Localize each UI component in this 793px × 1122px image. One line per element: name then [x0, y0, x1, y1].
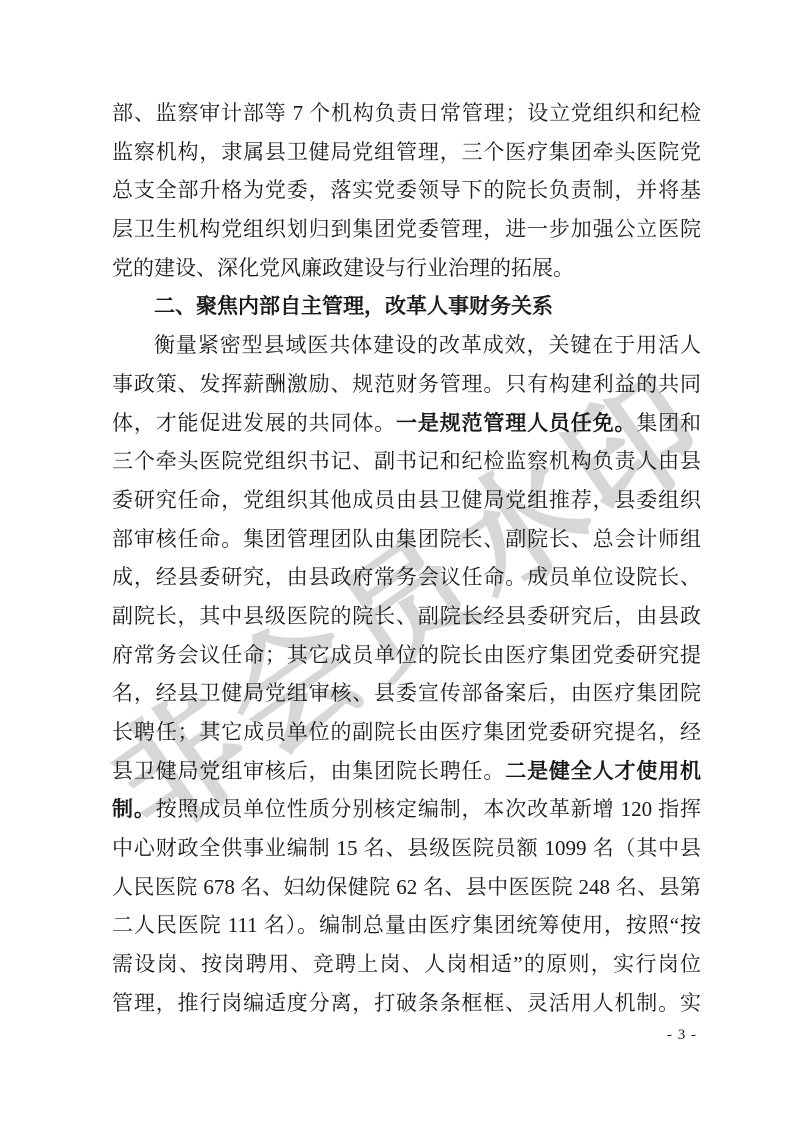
- text-run: 总支全部升格为党委，落实党委领导下的院长负责制，并将基: [112, 178, 701, 202]
- text-run: 名，经县卫健局党组审核、县委宣传部备案后，由医疗集团院: [112, 681, 701, 705]
- text-line: 事政策、发挥薪酬激励、规范财务管理。只有构建利益的共同: [112, 365, 701, 404]
- text-line: 层卫生机构党组织划归到集团党委管理，进一步加强公立医院: [112, 210, 701, 249]
- text-run: 事政策、发挥薪酬激励、规范财务管理。只有构建利益的共同: [112, 372, 701, 396]
- text-run: 按照成员单位性质分别核定编制，本次改革新增 120 指挥: [156, 797, 701, 821]
- document-content: 部、监察审计部等 7 个机构负责日常管理；设立党组织和纪检监察机构，隶属县卫健局…: [112, 94, 701, 1023]
- bold-text-run: 制。: [112, 797, 156, 821]
- document-page: 非会员水印 部、监察审计部等 7 个机构负责日常管理；设立党组织和纪检监察机构，…: [0, 0, 793, 1122]
- text-line: 中心财政全供事业编制 15 名、县级医院员额 1099 名（其中县: [112, 829, 701, 868]
- text-line: 党的建设、深化党风廉政建设与行业治理的拓展。: [112, 249, 701, 288]
- text-run: 委研究任命，党组织其他成员由县卫健局党组推荐，县委组织: [112, 488, 701, 512]
- text-line: 需设岗、按岗聘用、竞聘上岗、人岗相适”的原则，实行岗位: [112, 945, 701, 984]
- text-run: 中心财政全供事业编制 15 名、县级医院员额 1099 名（其中县: [112, 836, 701, 860]
- text-run: 三个牵头医院党组织书记、副书记和纪检监察机构负责人由县: [112, 449, 701, 473]
- text-run: 人民医院 678 名、妇幼保健院 62 名、县中医医院 248 名、县第: [112, 875, 701, 899]
- text-line: 部、监察审计部等 7 个机构负责日常管理；设立党组织和纪检: [112, 94, 701, 133]
- text-line: 县卫健局党组审核后，由集团院长聘任。二是健全人才使用机: [112, 752, 701, 791]
- text-run: 党的建设、深化党风廉政建设与行业治理的拓展。: [112, 256, 574, 280]
- text-run: 部、监察审计部等 7 个机构负责日常管理；设立党组织和纪检: [112, 101, 701, 125]
- text-run: 府常务会议任命；其它成员单位的院长由医疗集团党委研究提: [112, 643, 701, 667]
- text-line: 部审核任命。集团管理团队由集团院长、副院长、总会计师组: [112, 520, 701, 559]
- text-line: 体，才能促进发展的共同体。一是规范管理人员任免。集团和: [112, 404, 701, 443]
- text-line: 委研究任命，党组织其他成员由县卫健局党组推荐，县委组织: [112, 481, 701, 520]
- text-run: 县卫健局党组审核后，由集团院长聘任。: [112, 759, 505, 783]
- text-line: 衡量紧密型县域医共体建设的改革成效，关键在于用活人: [112, 326, 701, 365]
- text-line: 管理，推行岗编适度分离，打破条条框框、灵活用人机制。实: [112, 984, 701, 1023]
- text-line: 制。按照成员单位性质分别核定编制，本次改革新增 120 指挥: [112, 790, 701, 829]
- text-run: 部审核任命。集团管理团队由集团院长、副院长、总会计师组: [112, 527, 701, 551]
- page-number: - 3 -: [667, 1025, 697, 1045]
- text-run: 长聘任；其它成员单位的副院长由医疗集团党委研究提名，经: [112, 720, 701, 744]
- text-run: 管理，推行岗编适度分离，打破条条框框、灵活用人机制。实: [112, 991, 701, 1015]
- text-line: 副院长，其中县级医院的院长、副院长经县委研究后，由县政: [112, 597, 701, 636]
- text-run: 成，经县委研究，由县政府常务会议任命。成员单位设院长、: [112, 565, 701, 589]
- text-run: 需设岗、按岗聘用、竞聘上岗、人岗相适”的原则，实行岗位: [112, 952, 701, 976]
- bold-text-run: 二、聚焦内部自主管理，改革人事财务关系: [154, 294, 553, 318]
- text-run: 层卫生机构党组织划归到集团党委管理，进一步加强公立医院: [112, 217, 701, 241]
- bold-text-run: 二是健全人才使用机: [505, 759, 701, 783]
- text-line: 监察机构，隶属县卫健局党组管理，三个医疗集团牵头医院党: [112, 133, 701, 172]
- text-run: 衡量紧密型县域医共体建设的改革成效，关键在于用活人: [154, 333, 701, 357]
- text-line: 总支全部升格为党委，落实党委领导下的院长负责制，并将基: [112, 171, 701, 210]
- text-run: 二人民医院 111 名）。编制总量由医疗集团统筹使用，按照“按: [112, 913, 701, 937]
- text-line: 人民医院 678 名、妇幼保健院 62 名、县中医医院 248 名、县第: [112, 868, 701, 907]
- text-line: 府常务会议任命；其它成员单位的院长由医疗集团党委研究提: [112, 636, 701, 675]
- bold-text-run: 一是规范管理人员任免。: [396, 411, 636, 435]
- text-line: 长聘任；其它成员单位的副院长由医疗集团党委研究提名，经: [112, 713, 701, 752]
- text-line: 成，经县委研究，由县政府常务会议任命。成员单位设院长、: [112, 558, 701, 597]
- section-heading: 二、聚焦内部自主管理，改革人事财务关系: [112, 287, 701, 326]
- text-line: 三个牵头医院党组织书记、副书记和纪检监察机构负责人由县: [112, 442, 701, 481]
- text-line: 名，经县卫健局党组审核、县委宣传部备案后，由医疗集团院: [112, 674, 701, 713]
- text-run: 监察机构，隶属县卫健局党组管理，三个医疗集团牵头医院党: [112, 140, 701, 164]
- text-run: 体，才能促进发展的共同体。: [112, 411, 396, 435]
- text-run: 集团和: [636, 411, 701, 435]
- text-run: 副院长，其中县级医院的院长、副院长经县委研究后，由县政: [112, 604, 701, 628]
- text-line: 二人民医院 111 名）。编制总量由医疗集团统筹使用，按照“按: [112, 906, 701, 945]
